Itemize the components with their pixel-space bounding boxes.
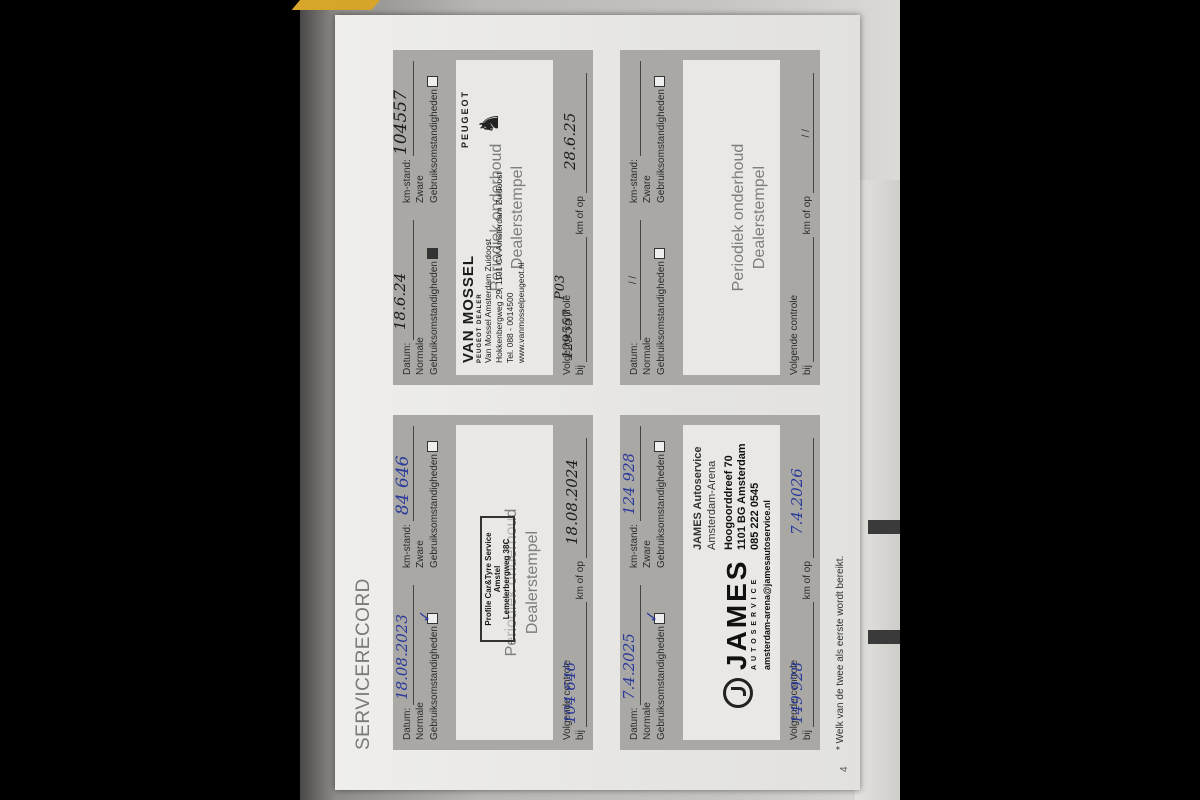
normal-conditions-checkbox[interactable]	[654, 613, 665, 624]
km-or-on-label: km of op	[575, 561, 586, 599]
dealer-stamp: Profile Car&Tyre Service Amstel Lemelerb…	[480, 516, 515, 642]
normal-label-2: Gebruiksomstandigheden	[656, 626, 667, 740]
stamp-placeholder-line2: Dealerstempel	[522, 425, 543, 740]
peugeot-label: PEUGEOT	[460, 90, 470, 148]
footnote: * Welk van de twee als eerste wordt bere…	[835, 556, 846, 750]
km-or-on-label: km of op	[802, 561, 813, 599]
date-field[interactable]: / /	[628, 220, 641, 340]
km-label: km-stand:	[629, 159, 640, 203]
stamp-top-line: JAMES Autoservice	[691, 446, 705, 550]
stamp-brand: VAN MOSSEL	[460, 172, 477, 363]
normal-conditions-checkbox[interactable]	[427, 248, 438, 259]
normal-label-2: Gebruiksomstandigheden	[429, 626, 440, 740]
stamp-phone: 085 222 0545	[749, 443, 762, 550]
normal-label: Normale	[642, 613, 654, 740]
stamp-top-line-2: Amsterdam-Arena	[705, 446, 719, 550]
km-value: 84 646	[393, 456, 413, 515]
heavy-label-2: Gebruiksomstandigheden	[429, 89, 440, 203]
next-check-label: Volgende controle	[789, 60, 801, 375]
stamp-phone: Tel. 088 - 0014500	[505, 172, 516, 363]
normal-conditions-checkbox[interactable]	[427, 613, 438, 624]
james-autoservice-stamp: JAMES Autoservice Amsterdam-Arena JAMES …	[723, 500, 772, 670]
normal-conditions-checkbox[interactable]	[654, 248, 665, 259]
next-note-value: P03	[553, 275, 568, 300]
normal-label: Normale	[415, 248, 427, 375]
km-or-on-label: km of op	[802, 196, 813, 234]
next-date-value: 18.08.2024	[563, 459, 581, 545]
next-date-value: 28.6.25	[561, 113, 579, 170]
service-record-card-1: Datum: km-stand: 18.08.2023 84 646 Norma…	[393, 415, 593, 750]
heavy-conditions-checkbox[interactable]	[427, 441, 438, 452]
next-date-field[interactable]: / /	[801, 73, 814, 193]
booklet-page-photo: SERVICERECORD Datum: km-stand: 18.08.202…	[335, 15, 860, 790]
km-value: 104557	[391, 90, 411, 155]
stamp-area: Periodiek onderhoud Dealerstempel Profil…	[456, 425, 553, 740]
dark-stripe	[868, 630, 900, 644]
peugeot-lion-icon: ♞	[474, 112, 505, 135]
yellow-folder-edge	[292, 0, 380, 10]
at-label: bij	[575, 730, 586, 740]
stamp-website: www.vanmosselpeugeot.nl	[516, 172, 527, 363]
heavy-label-2: Gebruiksomstandigheden	[429, 454, 440, 568]
date-value: 18.08.2023	[393, 614, 411, 700]
dark-stripe	[868, 520, 900, 534]
stamp-email: amsterdam-arena@jamesautoservice.nl	[762, 500, 772, 670]
date-label: Datum:	[402, 343, 413, 375]
date-label: Datum:	[629, 708, 640, 740]
page-title: SERVICERECORD	[353, 578, 375, 750]
normal-label: Normale	[642, 248, 654, 375]
at-label: bij	[802, 365, 813, 375]
stamp-placeholder-line1: Periodiek onderhoud	[728, 60, 749, 375]
underlying-sheet	[855, 180, 900, 800]
stamp-line: Van Mossel Amsterdam Zuidoost	[483, 172, 494, 363]
stamp-line: Hokkenbergweg 29, 1101 CV Amsterdam Zuid…	[494, 172, 505, 363]
km-value: 124 928	[620, 453, 638, 515]
at-label: bij	[575, 365, 586, 375]
service-record-card-4: Datum: / / km-stand: Normale Gebruiksoms…	[620, 50, 820, 385]
date-label: Datum:	[402, 708, 413, 740]
at-label: bij	[802, 730, 813, 740]
stamp-company: Profile Car&Tyre Service Amstel	[484, 524, 502, 634]
next-km-field[interactable]	[801, 237, 814, 362]
stamp-address: Lemelerbergweg 38C	[502, 524, 511, 634]
normal-label: Normale	[415, 613, 427, 740]
km-label: km-stand:	[402, 524, 413, 568]
km-label: km-stand:	[629, 524, 640, 568]
next-date-value: 7.4.2026	[788, 468, 806, 535]
page-number: 4	[839, 766, 850, 772]
james-logo-icon	[723, 678, 753, 708]
heavy-conditions-checkbox[interactable]	[654, 76, 665, 87]
next-km-value: 129557	[561, 309, 576, 359]
heavy-label-2: Gebruiksomstandigheden	[656, 89, 667, 203]
heavy-label: Zware	[642, 441, 654, 568]
normal-label-2: Gebruiksomstandigheden	[429, 261, 440, 375]
normal-label-2: Gebruiksomstandigheden	[656, 261, 667, 375]
heavy-label: Zware	[415, 76, 427, 203]
heavy-conditions-checkbox[interactable]	[654, 441, 665, 452]
km-label: km-stand:	[402, 159, 413, 203]
heavy-label: Zware	[415, 441, 427, 568]
date-label: Datum:	[629, 343, 640, 375]
stamp-area[interactable]: Periodiek onderhoud Dealerstempel	[683, 60, 780, 375]
km-field[interactable]	[628, 61, 641, 156]
van-mossel-stamp: VAN MOSSEL PEUGEOT DEALER Van Mossel Ams…	[460, 172, 527, 363]
stamp-area: Periodiek onderhoud Dealerstempel VAN MO…	[456, 60, 553, 375]
stamp-city: 1101 BG Amsterdam	[736, 443, 749, 550]
service-record-card-3: Datum: km-stand: 7.4.2025 124 928 Normal…	[620, 415, 820, 750]
heavy-conditions-checkbox[interactable]	[427, 76, 438, 87]
service-record-card-2: Datum: km-stand: 18.6.24 104557 Normale …	[393, 50, 593, 385]
stamp-area: JAMES Autoservice Amsterdam-Arena JAMES …	[683, 425, 780, 740]
stamp-street: Hoogoorddreef 70	[723, 443, 736, 550]
date-value: 18.6.24	[391, 273, 409, 330]
heavy-label-2: Gebruiksomstandigheden	[656, 454, 667, 568]
next-km-value: 104 646	[561, 662, 579, 724]
next-km-value: 149 928	[788, 662, 806, 724]
stamp-placeholder-line2: Dealerstempel	[749, 60, 770, 375]
km-or-on-label: km of op	[575, 196, 586, 234]
service-record-page: SERVICERECORD Datum: km-stand: 18.08.202…	[335, 15, 860, 790]
heavy-label: Zware	[642, 76, 654, 203]
date-value: 7.4.2025	[620, 633, 638, 700]
